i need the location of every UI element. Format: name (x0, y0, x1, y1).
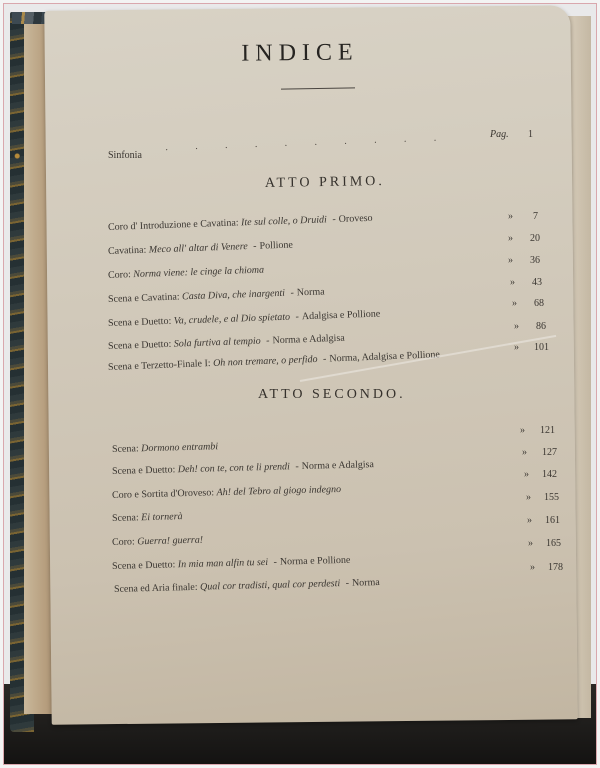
colon: : (168, 316, 171, 327)
pag-label: Pag. (490, 129, 509, 140)
entry-characters: Pollione (259, 240, 293, 252)
entry-type: Coro (112, 536, 132, 548)
colon: : (211, 487, 214, 498)
title-divider (281, 87, 355, 89)
dash: - (295, 311, 299, 322)
toc-entry: Scena e Duetto: Deh! con te, con te li p… (112, 459, 374, 477)
entry-type: Scena e Duetto (108, 316, 169, 329)
colon: : (143, 245, 146, 256)
entry-characters: Norma, Adalgisa e Pollione (329, 349, 440, 364)
entry-type: Cavatina (108, 245, 144, 257)
toc-entry: Scena e Duetto: Va, crudele, e al Dio sp… (108, 308, 381, 328)
colon: : (177, 292, 180, 303)
entry-type: Coro (108, 269, 128, 281)
leader-dots: · · · · · · · · · · (165, 135, 449, 156)
dash: - (295, 461, 299, 472)
ditto-mark: » (520, 425, 525, 436)
entry-page: 142 (542, 469, 557, 480)
colon: : (132, 536, 135, 547)
entry-incipit: Sola furtiva al tempio (174, 336, 261, 350)
entry-incipit: Ah! del Tebro al giogo indegno (216, 484, 341, 498)
dash: - (346, 578, 350, 589)
entry-incipit: Norma viene: le cinge la chioma (133, 265, 264, 281)
colon: : (168, 339, 171, 350)
entry-incipit: Ei tornerà (141, 511, 183, 523)
entry-type: Scena e Duetto (112, 464, 173, 477)
sinfonia-page: 1 (528, 129, 533, 140)
entry-type: Coro d' Introduzione e Cavatina (108, 218, 236, 233)
entry-page: 68 (534, 298, 544, 309)
ditto-mark: » (530, 562, 535, 573)
entry-characters: Oroveso (339, 213, 373, 225)
entry-page: 161 (545, 515, 560, 526)
entry-characters: Norma (297, 286, 325, 298)
toc-entry: Scena: Dormono entrambi (112, 441, 218, 455)
toc-entry: Scena e Duetto: In mia man alfin tu sei … (112, 555, 351, 572)
toc-entry: Cavatina: Meco all' altar di Venere -Pol… (108, 240, 293, 257)
toc-entry: Coro d' Introduzione e Cavatina: Ite sul… (108, 213, 373, 233)
ditto-mark: » (508, 211, 513, 222)
colon: : (136, 512, 139, 523)
entry-page: 178 (548, 562, 563, 573)
entry-characters: Norma e Adalgisa (272, 333, 345, 347)
entry-page: 20 (530, 233, 540, 244)
toc-entry: Coro: Norma viene: le cinge la chioma (108, 265, 264, 281)
toc-entry: Scena e Cavatina: Casta Diva, che inarge… (108, 286, 325, 305)
ditto-mark: » (524, 469, 529, 480)
colon: : (172, 559, 175, 570)
index-content: INDICE Pag. 1 Sinfonia · · · · · · · · ·… (0, 0, 600, 768)
entry-type: Scena e Duetto (108, 339, 169, 352)
toc-entry: Coro: Guerra! guerra! (112, 535, 203, 548)
colon: : (172, 464, 175, 475)
entry-characters: Norma e Pollione (280, 555, 351, 568)
ditto-mark: » (526, 492, 531, 503)
entry-type: Scena e Terzetto-Finale I (108, 358, 208, 373)
entry-incipit: Va, crudele, e al Dio spietato (174, 312, 291, 327)
toc-entry: Scena: Ei tornerà (112, 511, 183, 524)
entry-type: Scena e Duetto (112, 559, 173, 572)
sinfonia-label: Sinfonia (108, 150, 142, 161)
entry-page: 155 (544, 492, 559, 503)
ditto-mark: » (508, 233, 513, 244)
ditto-mark: » (527, 515, 532, 526)
entry-incipit: Oh non tremare, o perfido (213, 354, 318, 369)
entry-characters: Norma (352, 577, 380, 589)
entry-page: 101 (534, 342, 549, 353)
page-title: INDICE (0, 37, 600, 70)
entry-incipit: Deh! con te, con te li prendi (178, 461, 290, 475)
colon: : (136, 443, 139, 454)
entry-type: Scena e Cavatina (108, 292, 177, 305)
dash: - (290, 288, 294, 299)
toc-entry: Scena ed Aria finale: Qual cor tradisti,… (114, 577, 380, 595)
entry-characters: Adalgisa e Pollione (302, 308, 381, 322)
entry-incipit: Casta Diva, che inargenti (182, 288, 285, 303)
toc-entry: Coro e Sortita d'Oroveso: Ah! del Tebro … (112, 484, 341, 501)
toc-entry: Scena e Terzetto-Finale I: Oh non tremar… (108, 349, 440, 373)
colon: : (128, 269, 131, 280)
entry-page: 127 (542, 447, 557, 458)
entry-page: 43 (532, 277, 542, 288)
entry-page: 86 (536, 321, 546, 332)
colon: : (208, 358, 211, 369)
dash: - (253, 241, 257, 252)
colon: : (236, 217, 239, 228)
ditto-mark: » (522, 447, 527, 458)
entry-page: 36 (530, 255, 540, 266)
ditto-mark: » (528, 538, 533, 549)
entry-incipit: Qual cor tradisti, qual cor perdesti (200, 578, 340, 593)
toc-entry: Scena e Duetto: Sola furtiva al tempio -… (108, 333, 345, 352)
entry-characters: Norma e Adalgisa (302, 459, 374, 472)
entry-incipit: In mia man alfin tu sei (178, 557, 269, 570)
entry-incipit: Meco all' altar di Venere (149, 241, 248, 255)
entry-type: Coro e Sortita d'Oroveso (112, 487, 212, 501)
entry-page: 121 (540, 425, 555, 436)
act-heading: ATTO PRIMO. (265, 174, 385, 192)
entry-type: Scena ed Aria finale (114, 582, 195, 595)
entry-incipit: Dormono entrambi (141, 441, 218, 454)
entry-page: 7 (533, 211, 538, 222)
entry-type: Scena (112, 512, 136, 524)
act-heading: ATTO SECONDO. (258, 387, 406, 403)
entry-type: Scena (112, 443, 136, 455)
colon: : (195, 582, 198, 593)
ditto-mark: » (514, 321, 519, 332)
entry-page: 165 (546, 538, 561, 549)
dash: - (273, 557, 277, 568)
dash: - (332, 214, 336, 225)
ditto-mark: » (512, 298, 517, 309)
dash: - (266, 335, 270, 346)
entry-incipit: Ite sul colle, o Druidi (241, 214, 327, 228)
ditto-mark: » (508, 255, 513, 266)
entry-incipit: Guerra! guerra! (137, 535, 203, 548)
dash: - (323, 354, 327, 365)
ditto-mark: » (510, 277, 515, 288)
